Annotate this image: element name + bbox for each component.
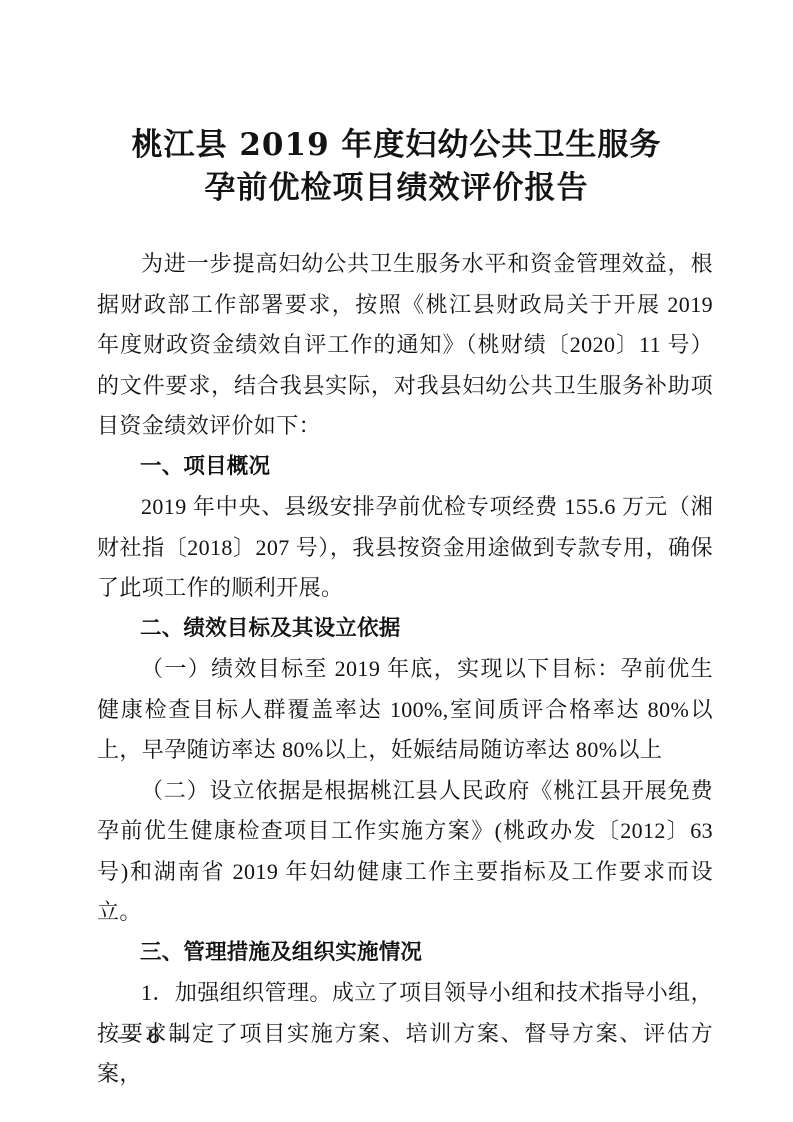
title-line-2: 孕前优检项目绩效评价报告 xyxy=(0,167,793,210)
page-number: — 6 — xyxy=(117,1024,192,1048)
paragraph-establishment-basis: （二）设立依据是根据桃江县人民政府《桃江县开展免费孕前优生健康检查项目工作实施方… xyxy=(97,771,713,933)
paragraph-performance-target: （一）绩效目标至 2019 年底，实现以下目标：孕前优生健康检查目标人群覆盖率达… xyxy=(97,649,713,771)
heading-section-2: 二、绩效目标及其设立依据 xyxy=(97,609,713,650)
document-page: 桃江县 2019 年度妇幼公共卫生服务 孕前优检项目绩效评价报告 为进一步提高妇… xyxy=(0,0,793,1122)
document-title: 桃江县 2019 年度妇幼公共卫生服务 孕前优检项目绩效评价报告 xyxy=(0,0,793,210)
title-line-1: 桃江县 2019 年度妇幼公共卫生服务 xyxy=(0,124,793,167)
paragraph-intro: 为进一步提高妇幼公共卫生服务水平和资金管理效益，根据财政部工作部署要求，按照《桃… xyxy=(97,244,713,447)
document-body: 为进一步提高妇幼公共卫生服务水平和资金管理效益，根据财政部工作部署要求，按照《桃… xyxy=(97,244,713,1095)
heading-section-1: 一、项目概况 xyxy=(97,447,713,488)
heading-section-3: 三、管理措施及组织实施情况 xyxy=(97,933,713,974)
paragraph-project-overview: 2019 年中央、县级安排孕前优检专项经费 155.6 万元（湘财社指〔2018… xyxy=(97,487,713,609)
